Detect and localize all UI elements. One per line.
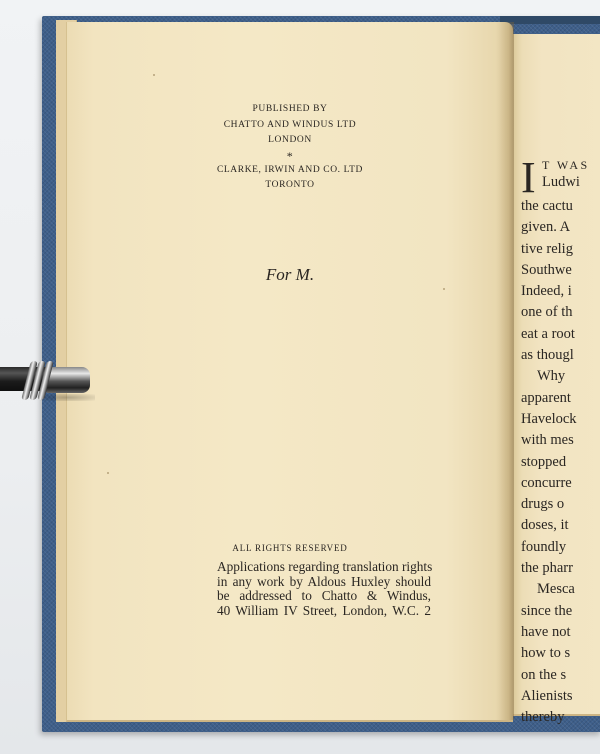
imprint-line: TORONTO	[67, 178, 513, 194]
right-line: Indeed, i	[521, 281, 577, 302]
right-line: thereby	[521, 707, 577, 728]
right-page-body: the cactu given. A tive relig Southwe In…	[521, 196, 577, 728]
right-line: with mes	[521, 430, 577, 451]
right-line: Alienists	[521, 686, 577, 707]
rights-heading: ALL RIGHTS RESERVED	[67, 543, 513, 553]
first-line-small-caps: T WAS	[542, 158, 590, 173]
right-line: doses, it	[521, 515, 577, 536]
right-page: I T WAS Ludwi the cactu given. A tive re…	[512, 34, 600, 716]
rights-line: Applications regarding translation right…	[217, 560, 431, 575]
right-line: concurre	[521, 473, 577, 494]
right-line: Southwe	[521, 260, 577, 281]
asterisk-separator: *	[67, 150, 513, 162]
right-line: apparent	[521, 388, 577, 409]
right-line: tive relig	[521, 239, 577, 260]
pen-shadow	[40, 394, 95, 401]
right-line: eat a root	[521, 324, 577, 345]
right-line: Mesca	[521, 579, 577, 600]
right-line-0: Ludwi	[542, 174, 580, 191]
imprint-line: LONDON	[67, 133, 513, 149]
right-line: given. A	[521, 217, 577, 238]
right-line: stopped	[521, 452, 577, 473]
pen-metal-tip	[46, 367, 90, 393]
right-line: Why	[521, 366, 577, 387]
right-line: drugs o	[521, 494, 577, 515]
rights-line: be addressed to Chatto & Windus,	[217, 589, 431, 604]
publisher-imprint: PUBLISHED BY CHATTO AND WINDUS LTD LONDO…	[67, 102, 513, 194]
right-line: foundly	[521, 537, 577, 558]
right-line: since the	[521, 601, 577, 622]
imprint-line: PUBLISHED BY	[67, 102, 513, 118]
left-page: PUBLISHED BY CHATTO AND WINDUS LTD LONDO…	[66, 22, 513, 722]
right-line: Havelock	[521, 409, 577, 430]
right-line: one of th	[521, 302, 577, 323]
rights-line: in any work by Aldous Huxley should	[217, 575, 431, 590]
rights-line: 40 William IV Street, London, W.C. 2	[217, 604, 431, 619]
gutter-shadow	[496, 22, 514, 720]
imprint-line: CLARKE, IRWIN AND CO. LTD	[67, 163, 513, 179]
right-line: have not	[521, 622, 577, 643]
paper-speck	[443, 288, 445, 290]
paper-speck	[153, 74, 155, 76]
right-line: the cactu	[521, 196, 577, 217]
drop-cap: I	[521, 158, 536, 198]
rights-notice: Applications regarding translation right…	[217, 560, 431, 618]
right-line: how to s	[521, 643, 577, 664]
paper-speck	[107, 472, 109, 474]
book-back-cover-edge	[500, 16, 600, 24]
dedication: For M.	[67, 265, 513, 285]
right-line: the pharr	[521, 558, 577, 579]
imprint-line: CHATTO AND WINDUS LTD	[67, 118, 513, 134]
right-line: as thougl	[521, 345, 577, 366]
right-line: on the s	[521, 665, 577, 686]
